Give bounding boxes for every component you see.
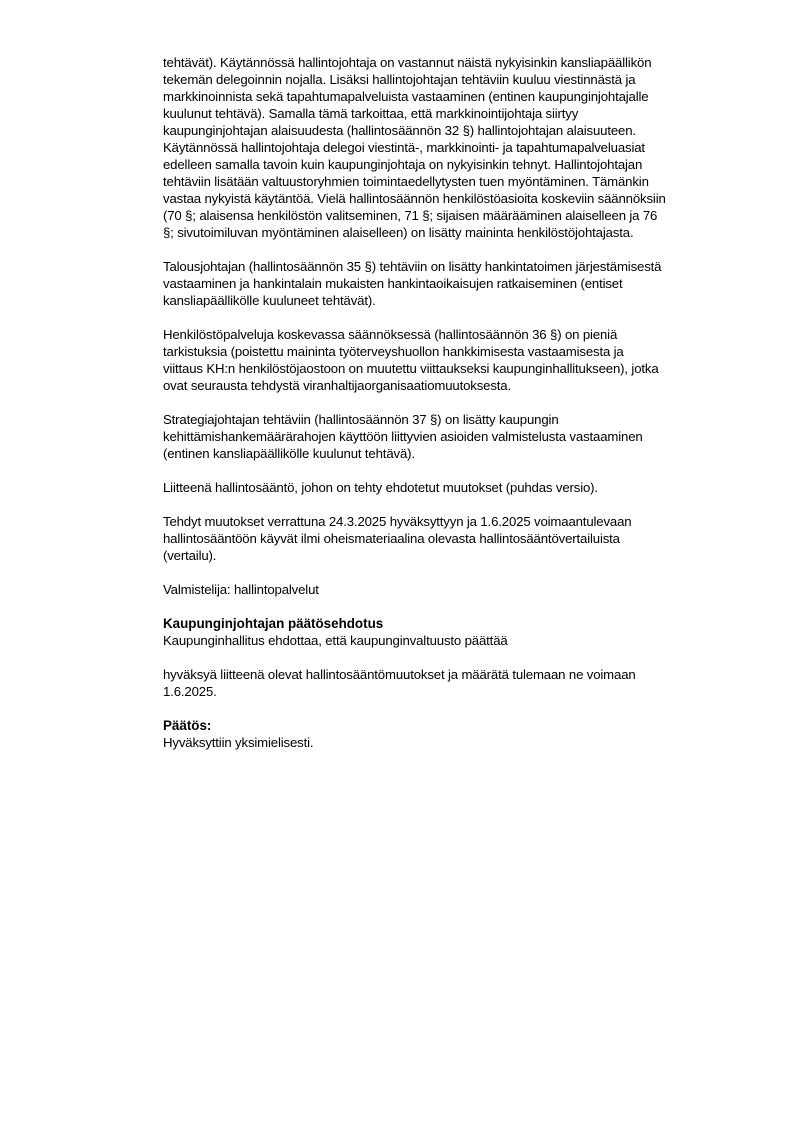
proposal-heading: Kaupunginjohtajan päätösehdotus [163, 615, 743, 632]
paragraph-gap [163, 700, 743, 717]
text-line: kansliapäällikölle kuuluneet tehtävät). [163, 292, 743, 309]
text-line: Tehdyt muutokset verrattuna 24.3.2025 hy… [163, 513, 743, 530]
text-line: viittaus KH:n henkilöstöjaostoon on muut… [163, 360, 743, 377]
text-line: (entinen kansliapäällikölle kuulunut teh… [163, 445, 743, 462]
paragraph-finance-director: Talousjohtajan (hallintosäännön 35 §) te… [163, 258, 743, 309]
paragraph-preparer: Valmistelija: hallintopalvelut [163, 581, 743, 598]
text-line: Käytännössä hallintojohtaja delegoi vies… [163, 139, 743, 156]
text-line: (vertailu). [163, 547, 743, 564]
text-line: vastaaminen ja hankintalain mukaisten ha… [163, 275, 743, 292]
paragraph-gap [163, 241, 743, 258]
paragraph-gap [163, 394, 743, 411]
text-line: Valmistelija: hallintopalvelut [163, 581, 743, 598]
paragraph-gap [163, 564, 743, 581]
paragraph-comparison: Tehdyt muutokset verrattuna 24.3.2025 hy… [163, 513, 743, 564]
paragraph-gap [163, 496, 743, 513]
text-line: 1.6.2025. [163, 683, 743, 700]
text-line: hallintosääntöön käyvät ilmi oheismateri… [163, 530, 743, 547]
text-line: (70 §; alaisensa henkilöstön valitsemine… [163, 207, 743, 224]
paragraph-gap [163, 598, 743, 615]
text-line: markkinoinnista sekä tapahtumapalveluist… [163, 88, 743, 105]
text-line: tarkistuksia (poistettu maininta työterv… [163, 343, 743, 360]
text-line: kuulunut tehtävä). Samalla tämä tarkoitt… [163, 105, 743, 122]
text-line: tehtävät). Käytännössä hallintojohtaja o… [163, 54, 743, 71]
paragraph-strategy-director: Strategiajohtajan tehtäviin (hallintosää… [163, 411, 743, 462]
proposal-intro: Kaupunginhallitus ehdottaa, että kaupung… [163, 632, 743, 649]
text-line: Henkilöstöpalveluja koskevassa säännökse… [163, 326, 743, 343]
text-line: Liitteenä hallintosääntö, johon on tehty… [163, 479, 743, 496]
paragraph-hr-services: Henkilöstöpalveluja koskevassa säännökse… [163, 326, 743, 394]
decision-text: Hyväksyttiin yksimielisesti. [163, 734, 743, 751]
proposal-section: Kaupunginjohtajan päätösehdotus Kaupungi… [163, 615, 743, 700]
text-line: edelleen samalla tavoin kuin kaupunginjo… [163, 156, 743, 173]
text-line: kehittämishankemäärärahojen käyttöön lii… [163, 428, 743, 445]
paragraph-gap [163, 649, 743, 666]
text-line: ovat seurausta tehdystä viranhaltijaorga… [163, 377, 743, 394]
paragraph-gap [163, 462, 743, 479]
paragraph-gap [163, 309, 743, 326]
text-line: tehtäviin lisätään valtuustoryhmien toim… [163, 173, 743, 190]
decision-heading: Päätös: [163, 717, 743, 734]
decision-section: Päätös: Hyväksyttiin yksimielisesti. [163, 717, 743, 751]
text-line: tekemän delegoinnin nojalla. Lisäksi hal… [163, 71, 743, 88]
text-line: vastaa nykyistä käytäntöä. Vielä hallint… [163, 190, 743, 207]
text-line: §; sivutoimiluvan myöntäminen alaisellee… [163, 224, 743, 241]
paragraph-attachment: Liitteenä hallintosääntö, johon on tehty… [163, 479, 743, 496]
paragraph-administration-director: tehtävät). Käytännössä hallintojohtaja o… [163, 54, 743, 241]
text-line: hyväksyä liitteenä olevat hallintosääntö… [163, 666, 743, 683]
document-page: tehtävät). Käytännössä hallintojohtaja o… [163, 54, 743, 751]
text-line: Strategiajohtajan tehtäviin (hallintosää… [163, 411, 743, 428]
text-line: Talousjohtajan (hallintosäännön 35 §) te… [163, 258, 743, 275]
text-line: kaupunginjohtajan alaisuudesta (hallinto… [163, 122, 743, 139]
